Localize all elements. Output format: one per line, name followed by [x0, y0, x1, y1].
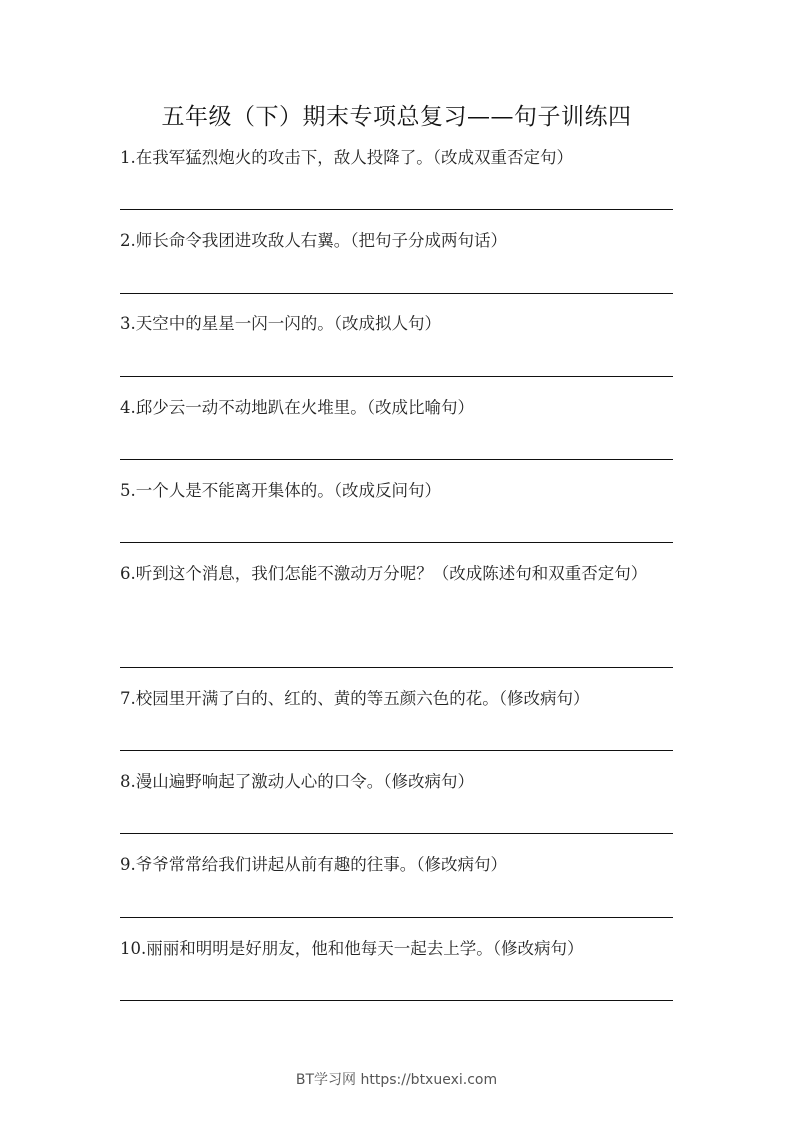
question-2: 2.师长命令我团进攻敌人右翼。（把句子分成两句话） [120, 220, 676, 262]
question-number: 9. [120, 855, 136, 874]
question-number: 3. [120, 314, 136, 333]
question-number: 4. [120, 398, 136, 417]
answer-line-9[interactable] [120, 917, 673, 918]
answer-line-8[interactable] [120, 833, 673, 834]
question-number: 10. [120, 939, 146, 958]
question-10: 10.丽丽和明明是好朋友，他和他每天一起去上学。（修改病句） [120, 928, 676, 970]
question-1: 1.在我军猛烈炮火的攻击下，敌人投降了。（改成双重否定句） [120, 137, 676, 179]
question-5: 5.一个人是不能离开集体的。（改成反问句） [120, 470, 676, 512]
question-text: 天空中的星星一闪一闪的。（改成拟人句） [136, 314, 441, 333]
question-text: 校园里开满了白的、红的、黄的等五颜六色的花。（修改病句） [136, 689, 590, 708]
question-text: 丽丽和明明是好朋友，他和他每天一起去上学。（修改病句） [146, 939, 583, 958]
question-number: 8. [120, 772, 136, 791]
answer-line-6[interactable] [120, 667, 673, 668]
question-number: 5. [120, 481, 136, 500]
question-text: 一个人是不能离开集体的。（改成反问句） [136, 481, 441, 500]
question-text: 在我军猛烈炮火的攻击下，敌人投降了。（改成双重否定句） [136, 148, 573, 167]
answer-line-2[interactable] [120, 293, 673, 294]
question-text: 听到这个消息，我们怎能不激动万分呢？（改成陈述句和双重否定句） [136, 564, 648, 583]
answer-line-3[interactable] [120, 376, 673, 377]
question-9: 9.爷爷常常给我们讲起从前有趣的往事。（修改病句） [120, 844, 676, 886]
question-7: 7.校园里开满了白的、红的、黄的等五颜六色的花。（修改病句） [120, 678, 676, 720]
answer-line-4[interactable] [120, 459, 673, 460]
question-number: 7. [120, 689, 136, 708]
question-text: 爷爷常常给我们讲起从前有趣的往事。（修改病句） [136, 855, 507, 874]
question-6: 6.听到这个消息，我们怎能不激动万分呢？（改成陈述句和双重否定句） [120, 553, 676, 595]
footer-watermark: BT学习网 https://btxuexi.com [0, 1069, 793, 1089]
question-4: 4.邱少云一动不动地趴在火堆里。（改成比喻句） [120, 387, 676, 429]
answer-line-5[interactable] [120, 542, 673, 543]
question-text: 邱少云一动不动地趴在火堆里。（改成比喻句） [136, 398, 474, 417]
answer-line-7[interactable] [120, 750, 673, 751]
answer-line-1[interactable] [120, 209, 673, 210]
question-number: 6. [120, 564, 136, 583]
question-number: 1. [120, 148, 136, 167]
answer-line-10[interactable] [120, 1000, 673, 1001]
page-title: 五年级（下）期末专项总复习——句子训练四 [0, 100, 793, 134]
question-number: 2. [120, 231, 136, 250]
question-3: 3.天空中的星星一闪一闪的。（改成拟人句） [120, 303, 676, 345]
question-8: 8.漫山遍野响起了激动人心的口令。（修改病句） [120, 761, 676, 803]
question-text: 漫山遍野响起了激动人心的口令。（修改病句） [136, 772, 474, 791]
question-text: 师长命令我团进攻敌人右翼。（把句子分成两句话） [136, 231, 507, 250]
